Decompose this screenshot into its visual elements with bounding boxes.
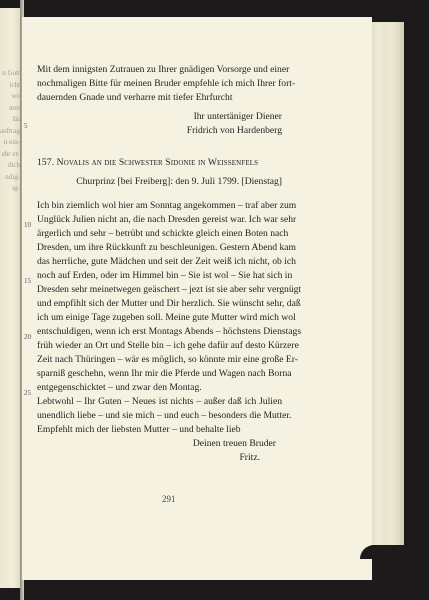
line-number: 15 xyxy=(24,277,36,285)
signature-line: Ihr untertäniger Diener xyxy=(37,110,282,124)
text-line: Ich bin ziemlich wol hier am Sonntag ang… xyxy=(37,199,282,213)
text-line: Dresden sehr meinetwegen geäschert – jez… xyxy=(37,283,282,297)
text-line: Zeit nach Thüringen – wär es möglich, so… xyxy=(37,353,282,367)
facing-left-page: n Gott icht wo ittel läs auftrage n ein-… xyxy=(0,8,22,588)
line-number: 5 xyxy=(24,122,36,130)
text-line: entschuldigen, wenn ich erst Montags Abe… xyxy=(37,325,282,339)
fragment: auftrage xyxy=(0,126,20,138)
fragment: n ein- xyxy=(0,137,20,149)
text-line: und empfihlt sich der Mutter und Dir her… xyxy=(37,297,282,311)
page-text: Mit dem innigsten Zutrauen zu Ihrer gnäd… xyxy=(37,63,282,465)
dateline: Churprinz [bei Freiberg]: den 9. Juli 17… xyxy=(37,175,282,189)
signature-line: Fritz. xyxy=(37,451,282,465)
text-line: Mit dem innigsten Zutrauen zu Ihrer gnäd… xyxy=(37,63,282,77)
fragment: dich xyxy=(0,160,20,172)
text-line: Unglück Julien nicht an, die nach Dresde… xyxy=(37,213,282,227)
signature-line: Fridrich von Hardenberg xyxy=(37,124,282,138)
text-line: Empfehlt mich der liebsten Mutter – und … xyxy=(37,423,282,437)
line-number: 10 xyxy=(24,221,36,229)
fragment: ndig- xyxy=(0,172,20,184)
line-number: 20 xyxy=(24,333,36,341)
page-edges xyxy=(372,22,404,557)
page-number: 291 xyxy=(162,494,176,504)
text-line: entgegenschicktet – und zwar den Montag. xyxy=(37,381,282,395)
text-line: dauernden Gnade und verharre mit tiefer … xyxy=(37,91,282,105)
text-line: das herrliche, gute Mädchen und seit der… xyxy=(37,255,282,269)
book-corner-shadow xyxy=(360,545,404,559)
text-line: sparniß geschehn, wenn Ihr mir die Pferd… xyxy=(37,367,282,381)
fragment: ittel läs xyxy=(0,103,20,126)
signature-line: Deinen treuen Bruder xyxy=(37,437,282,451)
line-number: 25 xyxy=(24,389,36,397)
facing-page-text-fragments: n Gott icht wo ittel läs auftrage n ein-… xyxy=(0,68,20,228)
text-line: Lebtwohl – Ihr Guten – Neues ist nichts … xyxy=(37,395,282,409)
fragment: ig- xyxy=(0,183,20,195)
fragment: n Gott xyxy=(0,68,20,80)
text-line: ärgerlich und sehr – betrübt und schickt… xyxy=(37,227,282,241)
fragment: ehr er- xyxy=(0,149,20,161)
text-line: Dresden, um ihre Rückkunft zu beschleuni… xyxy=(37,241,282,255)
letter-heading: 157. Novalis an die Schwester Sidonie in… xyxy=(37,156,282,170)
text-line: früh wieder an Ort und Stelle bin – ich … xyxy=(37,339,282,353)
text-line: noch auf Erden, oder im Himmel bin – Sie… xyxy=(37,269,282,283)
text-line: ich um einige Tage zugeben soll. Meine g… xyxy=(37,311,282,325)
text-line: nochmaligen Bitte für meinen Bruder empf… xyxy=(37,77,282,91)
text-line: unendlich liebe – und sie mich – und euc… xyxy=(37,409,282,423)
fragment: icht wo xyxy=(0,80,20,103)
